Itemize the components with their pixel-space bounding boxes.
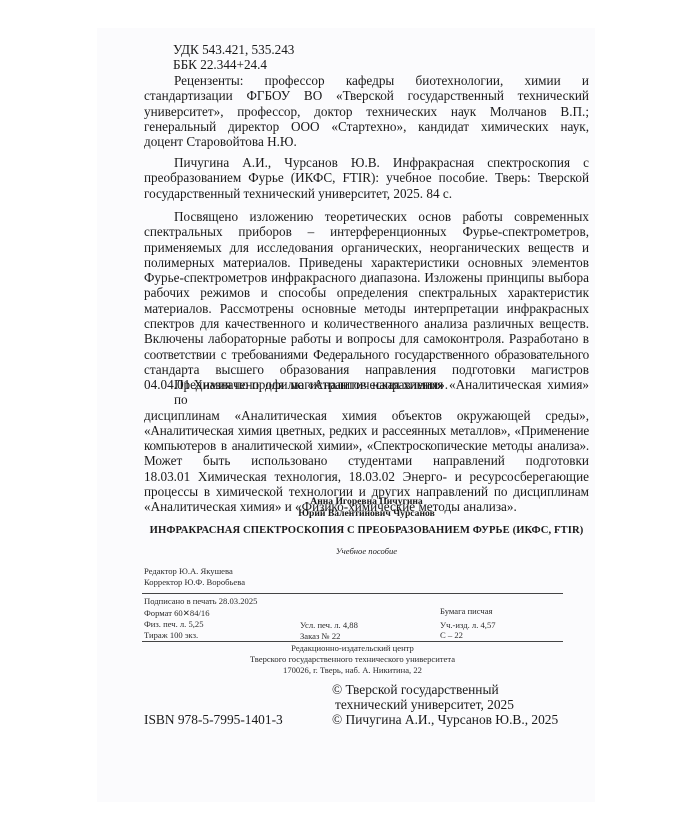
print-signed: Подписано в печать 28.03.2025 (144, 596, 257, 607)
text-line: Может быть использовано студентами напра… (144, 453, 589, 468)
classification-codes: УДК 543.421, 535.243 ББК 22.344+24.4 (173, 42, 294, 73)
text-line: доцент Старовойтова Н.Ю. (144, 134, 589, 149)
copyright-block: © Тверской государственный технический у… (332, 682, 558, 727)
text-line: Посвящено изложению теоретических основ … (144, 209, 589, 224)
text-line: дисциплинам «Аналитическая химия объекто… (144, 408, 589, 423)
paper-type: Бумага писчая (440, 606, 493, 617)
text-line: преобразованием Фурье (ИКФС, FTIR): учеб… (144, 170, 589, 185)
text-line: Рецензенты: профессор кафедры биотехноло… (144, 73, 589, 88)
bbk-code: ББК 22.344+24.4 (173, 57, 294, 72)
text-line: университет», профессор, доктор техничес… (144, 104, 589, 119)
text-line: Пичугина А.И., Чурсанов Ю.В. Инфракрасна… (144, 155, 589, 170)
text-line: Включены лабораторные работы и вопросы д… (144, 331, 589, 346)
audience-paragraph: Предназначено для магистрантов направлен… (144, 377, 589, 515)
text-line: Фурье-спектрометров инфракрасного диапаз… (144, 270, 589, 285)
publisher-line: Тверского государственного технического … (142, 654, 563, 665)
reviewers-paragraph: Рецензенты: профессор кафедры биотехноло… (144, 73, 589, 149)
udk-code: УДК 543.421, 535.243 (173, 42, 294, 57)
authors-block: Анна Игоревна Пичугина Юрий Валентинович… (144, 496, 589, 520)
publisher-line: 170026, г. Тверь, наб. А. Никитина, 22 (142, 665, 563, 676)
text-line: 18.03.01 Химическая технология, 18.03.02… (144, 469, 589, 484)
text-line: соответствии с требованиями Федерального… (144, 347, 589, 362)
divider-line (142, 593, 563, 594)
text-line: стандартизации ФГБОУ ВО «Тверской госуда… (144, 88, 589, 103)
text-line: Предназначено для магистрантов направлен… (144, 377, 589, 408)
copyright-line: © Пичугина А.И., Чурсанов Ю.В., 2025 (332, 712, 558, 727)
text-line: компьютеров в аналитической химии», «Спе… (144, 438, 589, 453)
book-title: ИНФРАКРАСНАЯ СПЕКТРОСКОПИЯ С ПРЕОБРАЗОВА… (144, 525, 589, 536)
author-name: Юрий Валентинович Чурсанов (144, 508, 589, 520)
divider-line (142, 641, 563, 642)
copyright-line: © Тверской государственный (332, 682, 558, 697)
corrector: Корректор Ю.Ф. Воробьева (144, 577, 245, 588)
text-line: применяемых для исследования органически… (144, 240, 589, 255)
conditional-sheets: Усл. печ. л. 4,88 (300, 620, 358, 631)
text-line: стандарта высшего образования направлени… (144, 362, 589, 377)
text-line: генеральный директор ООО «Стартехно», ка… (144, 119, 589, 134)
print-run: Тираж 100 экз. (144, 630, 198, 641)
author-name: Анна Игоревна Пичугина (144, 496, 589, 508)
abstract-paragraph: Посвящено изложению теоретических основ … (144, 209, 589, 393)
text-line: спектров для качественного и количествен… (144, 316, 589, 331)
copyright-line: технический университет, 2025 (332, 697, 558, 712)
editorial-staff: Редактор Ю.А. Якушева Корректор Ю.Ф. Вор… (144, 566, 245, 588)
isbn: ISBN 978-5-7995-1401-3 (144, 712, 283, 727)
editor: Редактор Ю.А. Якушева (144, 566, 245, 577)
physical-sheets: Физ. печ. л. 5,25 (144, 619, 204, 630)
text-line: спектральных приборов – интерференционны… (144, 224, 589, 239)
text-line: рабочих режимов и способы определения сп… (144, 285, 589, 300)
book-subtitle: Учебное пособие (144, 546, 589, 556)
text-line: материалов. Рассмотрены основные методы … (144, 301, 589, 316)
code: С – 22 (440, 630, 463, 641)
publisher-info: Редакционно-издательский центр Тверского… (142, 643, 563, 676)
bibliographic-citation: Пичугина А.И., Чурсанов Ю.В. Инфракрасна… (144, 155, 589, 201)
text-line: «Аналитическая химия цветных, редких и р… (144, 423, 589, 438)
text-line: полимерных материалов. Приведены характе… (144, 255, 589, 270)
publisher-line: Редакционно-издательский центр (142, 643, 563, 654)
print-format: Формат 60✕84/16 (144, 608, 210, 619)
text-line: государственный технический университет,… (144, 186, 589, 201)
